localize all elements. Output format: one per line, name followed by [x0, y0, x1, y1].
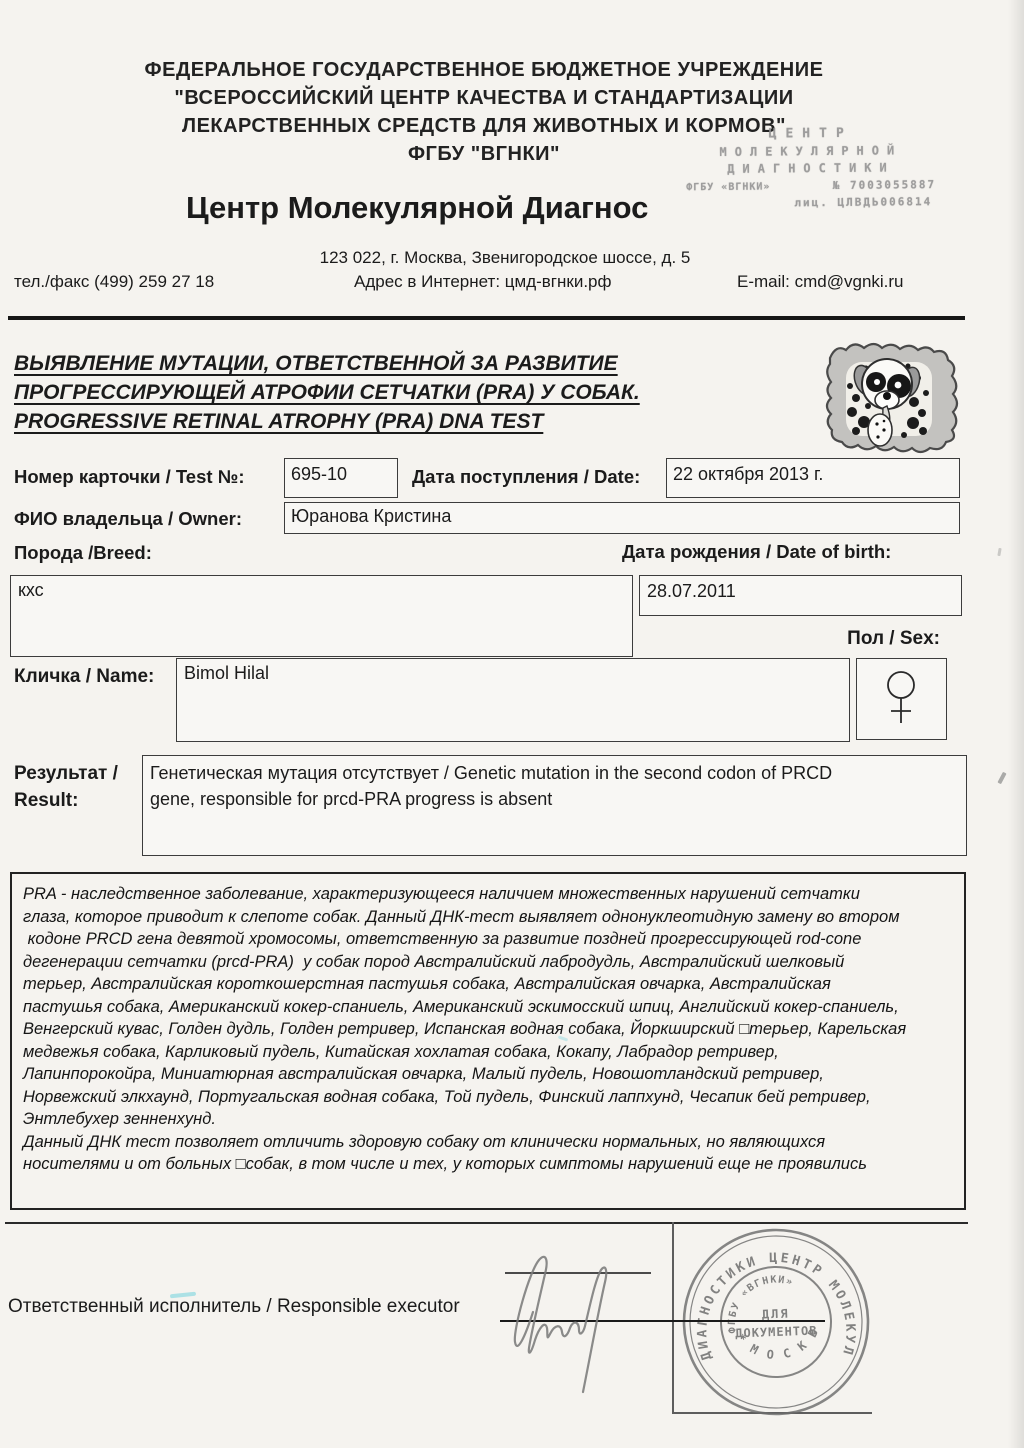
name-label: Кличка / Name: [14, 666, 154, 688]
info-line: Норвежский элкхаунд, Португальская водна… [23, 1086, 953, 1109]
corner-stamp-org: ФГБУ «ВГНКИ» [686, 182, 770, 194]
center-name-title: Центр Молекулярной Диагнос [186, 190, 698, 226]
email: E-mail: cmd@vgnki.ru [737, 272, 904, 292]
name-value: Bimol Hilal [184, 663, 269, 684]
name-box [176, 658, 850, 742]
info-line: носителями и от больных □собак, в том чи… [23, 1153, 953, 1176]
female-symbol-icon [857, 659, 946, 739]
test-number-label: Номер карточки / Test №: [14, 466, 244, 488]
corner-ink-stamp: ЦЕНТР МОЛЕКУЛЯРНОЙ ДИАГНОСТИКИ ФГБУ «ВГН… [686, 125, 979, 211]
dob-label: Дата рождения / Date of birth: [622, 541, 891, 563]
corner-stamp-licence: лиц. ЦЛВДЬ006814 [794, 195, 978, 210]
test-number-value: 695-10 [291, 464, 347, 485]
info-line: медвежья собака, Карликовый пудель, Кита… [23, 1041, 953, 1064]
org-header-line: "ВСЕРОССИЙСКИЙ ЦЕНТР КАЧЕСТВА И СТАНДАРТ… [0, 84, 968, 112]
phone-fax: тел./факс (499) 259 27 18 [14, 272, 214, 292]
report-title-line-3: PROGRESSIVE RETINAL ATROPHY (PRA) DNA TE… [14, 410, 543, 434]
breed-value: кхс [18, 580, 44, 601]
info-line: терьер, Австралийская короткошерстная па… [23, 973, 953, 996]
org-header-line: ФЕДЕРАЛЬНОЕ ГОСУДАРСТВЕННОЕ БЮДЖЕТНОЕ УЧ… [0, 56, 968, 84]
result-value: Генетическая мутация отсутствует / Genet… [150, 760, 832, 812]
info-line: Данный ДНК тест позволяет отличить здоро… [23, 1131, 953, 1154]
info-line: глаза, которое приводит к слепоте собак.… [23, 906, 953, 929]
corner-stamp-number: № 7003055887 [833, 178, 937, 192]
corner-stamp-line: ЦЕНТР [686, 125, 936, 142]
dob-value: 28.07.2011 [647, 581, 736, 602]
sex-box [856, 658, 947, 740]
stamp-frame-left [672, 1222, 674, 1414]
date-received-label: Дата поступления / Date: [412, 466, 640, 488]
breed-label: Порода /Breed: [14, 542, 152, 564]
owner-value: Юранова Кристина [291, 506, 451, 527]
info-line: Лапинпорокойра, Миниатюрная австралийска… [23, 1063, 953, 1086]
scan-speck [997, 548, 1001, 556]
address-line: 123 022, г. Москва, Звенигородское шоссе… [0, 248, 1010, 268]
sex-label: Пол / Sex: [790, 628, 940, 650]
dog-stamp-illustration [816, 338, 962, 456]
pra-info-box: PRA - наследственное заболевание, характ… [10, 872, 966, 1210]
scanned-document-page: ФЕДЕРАЛЬНОЕ ГОСУДАРСТВЕННОЕ БЮДЖЕТНОЕ УЧ… [0, 0, 1024, 1448]
header-divider [8, 316, 965, 320]
info-line: PRA - наследственное заболевание, характ… [23, 883, 953, 906]
result-label-line: Результат / [14, 760, 118, 787]
info-line: Венгерский кувас, Голден дудль, Голден р… [23, 1018, 953, 1041]
scan-speck [997, 772, 1006, 784]
svg-text:ДИАГНОСТИКИ ЦЕНТР МОЛЕКУЛЯ: ДИАГНОСТИКИ ЦЕНТР МОЛЕКУЛЯРНОЙ [675, 1223, 859, 1365]
result-value-line: Генетическая мутация отсутствует / Genet… [150, 760, 832, 786]
owner-label: ФИО владельца / Owner: [14, 508, 242, 530]
info-line: Энтлебухер зенненхунд. [23, 1108, 953, 1131]
info-line: пастушья собака, Американский кокер-спан… [23, 996, 953, 1019]
info-line: дегенерации сетчатки (prcd-PRA) у собак … [23, 951, 953, 974]
info-line: кодоне PRCD гена девятой хромосомы, отве… [23, 928, 953, 951]
executor-label: Ответственный исполнитель / Responsible … [8, 1296, 460, 1318]
report-title-line-2: ПРОГРЕССИРУЮЩЕЙ АТРОФИИ СЕТЧАТКИ (PRA) У… [14, 381, 640, 405]
corner-stamp-line: МОЛЕКУЛЯРНОЙ [686, 143, 936, 159]
website: Адрес в Интернет: цмд-вгнки.рф [354, 272, 612, 292]
signature-autograph [495, 1242, 660, 1407]
scan-edge-shadow [1008, 0, 1024, 1448]
date-received-value: 22 октября 2013 г. [673, 464, 823, 485]
report-title-line-1: ВЫЯВЛЕНИЕ МУТАЦИИ, ОТВЕТСТВЕННОЙ ЗА РАЗВ… [14, 352, 618, 376]
result-value-line: gene, responsible for prcd-PRA progress … [150, 786, 832, 812]
corner-stamp-line: ДИАГНОСТИКИ [686, 160, 936, 176]
breed-box [10, 575, 633, 657]
round-stamp-outer-text: ДИАГНОСТИКИ ЦЕНТР МОЛЕКУЛЯРНОЙ [675, 1223, 859, 1365]
corner-stamp-row: ФГБУ «ВГНКИ» № 7003055887 [686, 178, 936, 193]
result-label-line: Result: [14, 787, 118, 814]
result-label: Результат / Result: [14, 760, 118, 814]
